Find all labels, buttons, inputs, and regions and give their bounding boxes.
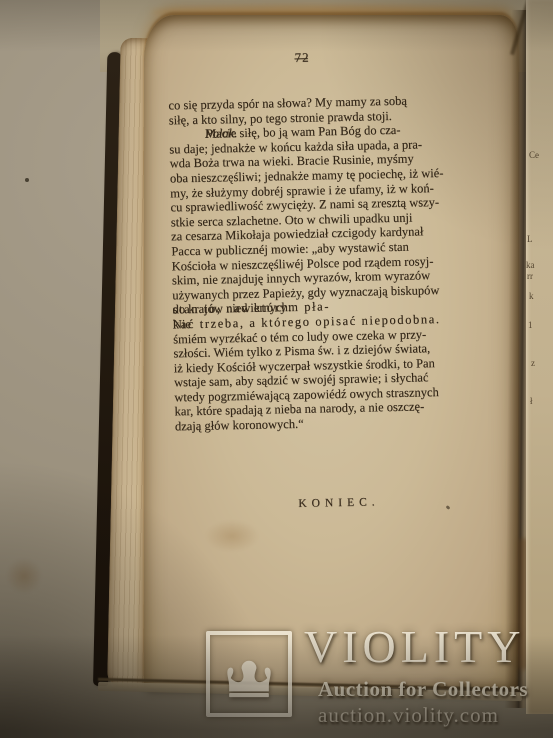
right-page-text-fragment: k (529, 291, 534, 301)
right-page-text-fragment: 1 (528, 320, 533, 330)
right-page-text-fragment: z (531, 358, 535, 368)
right-page-text-fragment: rr (527, 271, 533, 281)
the-end-label: KONIEC. (176, 494, 501, 513)
book-photo: — 72 — co się przyda spór na słowa? My m… (0, 0, 553, 738)
right-page-text-fragment: ka (526, 260, 535, 270)
page-number-dash: — (294, 50, 308, 66)
right-page-text-fragment: L (527, 234, 533, 244)
text-block: co się przyda spór na słowa? My mamy za … (168, 92, 500, 434)
right-page-text-fragment: Ce (529, 150, 539, 160)
text-segment: dzają głów koronowych.“ (175, 417, 304, 434)
right-page-text-fragment: ł (530, 396, 533, 406)
right-page-sliver: CeLkarrk1zł (526, 0, 553, 714)
text-segment: Nie (173, 317, 191, 332)
printed-text-layer: — 72 — co się przyda spór na słowa? My m… (0, 0, 553, 738)
page-number: — 72 — (295, 56, 375, 58)
